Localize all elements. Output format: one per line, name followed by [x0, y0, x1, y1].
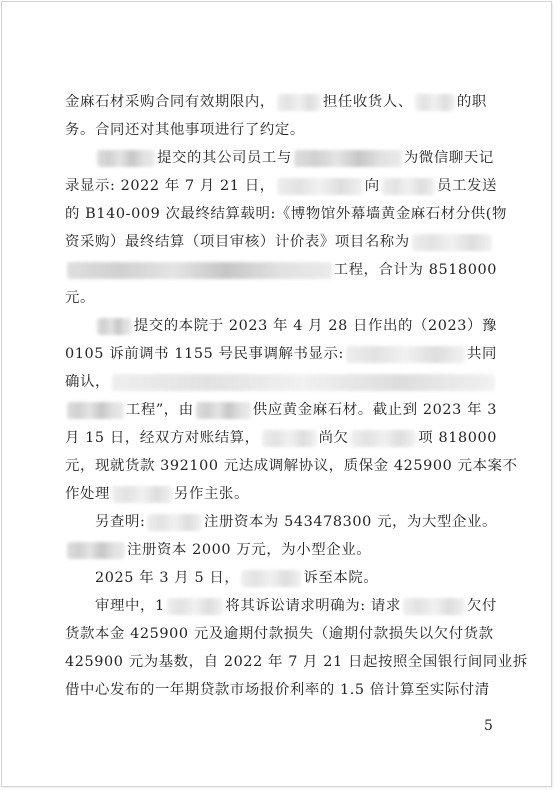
text-line: 务。合同还对其他事项进行了约定。: [65, 116, 497, 144]
text-segment: 的职: [457, 88, 487, 116]
text-segment: 尚欠: [319, 424, 349, 452]
text-segment: 另查明:: [95, 508, 145, 536]
text-segment: 注册资本为 543478300 元，为大型企业。: [204, 508, 497, 536]
text-line: 的 B140-009 次最终结算载明:《博物馆外幕墙黄金麻石材分供(物: [65, 200, 497, 228]
redacted-text: [167, 598, 224, 615]
text-line: 425900 元为基数，自 2022 年 7 月 21 日起按照全国银行间同业拆: [65, 648, 497, 676]
redacted-text: [294, 150, 402, 167]
text-segment: 的 B140-009 次最终结算载明:《博物馆外幕墙黄金麻石材分供(物: [65, 200, 507, 228]
text-line: 录显示: 2022 年 7 月 21 日，向员工发送: [65, 172, 497, 200]
text-segment: 提交的本院于 2023 年 4 月 28 日作出的（2023）豫: [134, 312, 497, 340]
redacted-text: [112, 486, 172, 503]
page-number: 5: [484, 718, 493, 734]
text-segment: 注册资本 2000 万元，为小型企业。: [127, 536, 371, 564]
text-segment: 0105 诉前调书 1155 号民事调解书显示:: [65, 340, 344, 368]
text-line: 借中心发布的一年期贷款市场报价利率的 1.5 倍计算至实际付清: [65, 676, 497, 704]
redacted-text: [277, 94, 321, 111]
text-line: 月 15 日，经双方对账结算，尚欠项 818000: [65, 424, 497, 452]
text-segment: 另作主张。: [174, 480, 249, 508]
text-segment: 作处理: [65, 480, 110, 508]
text-segment: 供应黄金麻石材。截止到 2023 年 3: [253, 396, 497, 424]
redacted-text: [67, 542, 125, 559]
text-segment: 审理中，1: [95, 592, 165, 620]
redacted-text: [382, 178, 435, 195]
text-segment: 资采购）最终结算（项目审核）计价表》项目名称为: [65, 228, 410, 256]
text-segment: 金麻石材采购合同有效期限内，: [65, 88, 275, 116]
redacted-text: [97, 150, 155, 167]
text-line: 提交的其公司员工与为微信聊天记: [65, 144, 497, 172]
text-segment: 员工发送: [437, 172, 497, 200]
text-line: 元。: [65, 284, 497, 312]
text-segment: 工程，合计为 8518000: [334, 256, 497, 284]
redacted-text: [147, 514, 202, 531]
redacted-text: [112, 374, 495, 391]
text-line: 工程”，由供应黄金麻石材。截止到 2023 年 3: [65, 396, 497, 424]
text-segment: 为微信聊天记: [404, 144, 494, 172]
text-segment: 月 15 日，经双方对账结算，: [65, 424, 260, 452]
redacted-text: [415, 94, 455, 111]
text-segment: 确认，: [65, 368, 110, 396]
text-segment: 向: [365, 172, 380, 200]
redacted-text: [67, 262, 332, 279]
text-line: 资采购）最终结算（项目审核）计价表》项目名称为: [65, 228, 497, 256]
text-line: 金麻石材采购合同有效期限内，担任收货人、的职: [65, 88, 497, 116]
redacted-text: [277, 178, 363, 195]
redacted-text: [412, 234, 492, 251]
redacted-text: [196, 402, 251, 419]
redacted-text: [262, 430, 317, 447]
document-body: 金麻石材采购合同有效期限内，担任收货人、的职务。合同还对其他事项进行了约定。提交…: [65, 88, 497, 704]
text-line: 确认，: [65, 368, 497, 396]
redacted-text: [403, 598, 465, 615]
text-segment: 担任收货人、: [323, 88, 413, 116]
text-line: 审理中，1将其诉讼请求明确为: 请求欠付: [65, 592, 497, 620]
text-segment: 诉至本院。: [303, 564, 378, 592]
text-segment: 425900 元为基数，自 2022 年 7 月 21 日起按照全国银行间同业拆: [65, 648, 528, 676]
text-segment: 项 818000: [418, 424, 497, 452]
redacted-text: [97, 318, 132, 335]
text-line: 0105 诉前调书 1155 号民事调解书显示:共同: [65, 340, 497, 368]
text-segment: 元，现就货款 392100 元达成调解协议，质保金 425900 元本案不: [65, 452, 518, 480]
text-line: 2025 年 3 月 5 日，诉至本院。: [65, 564, 497, 592]
text-segment: 元。: [65, 284, 95, 312]
text-line: 作处理另作主张。: [65, 480, 497, 508]
text-segment: 提交的其公司员工与: [157, 144, 292, 172]
redacted-text: [351, 430, 417, 447]
text-segment: 工程”，由: [126, 396, 194, 424]
text-segment: 欠付: [467, 592, 497, 620]
text-line: 提交的本院于 2023 年 4 月 28 日作出的（2023）豫: [65, 312, 497, 340]
text-line: 注册资本 2000 万元，为小型企业。: [65, 536, 497, 564]
redacted-text: [241, 570, 301, 587]
redacted-text: [67, 402, 124, 419]
text-segment: 货款本金 425900 元及逾期付款损失（逾期付款损失以欠付货款: [65, 620, 494, 648]
text-segment: 2025 年 3 月 5 日，: [95, 564, 239, 592]
text-segment: 共同: [467, 340, 497, 368]
text-segment: 务。合同还对其他事项进行了约定。: [65, 116, 305, 144]
text-line: 另查明: 注册资本为 543478300 元，为大型企业。: [65, 508, 497, 536]
text-line: 工程，合计为 8518000: [65, 256, 497, 284]
text-line: 元，现就货款 392100 元达成调解协议，质保金 425900 元本案不: [65, 452, 497, 480]
text-segment: 录显示: 2022 年 7 月 21 日，: [65, 172, 275, 200]
text-segment: 借中心发布的一年期贷款市场报价利率的 1.5 倍计算至实际付清: [65, 676, 490, 704]
document-page: 金麻石材采购合同有效期限内，担任收货人、的职务。合同还对其他事项进行了约定。提交…: [1, 1, 552, 787]
text-segment: 将其诉讼请求明确为: 请求: [225, 592, 401, 620]
text-line: 货款本金 425900 元及逾期付款损失（逾期付款损失以欠付货款: [65, 620, 497, 648]
redacted-text: [346, 346, 465, 363]
